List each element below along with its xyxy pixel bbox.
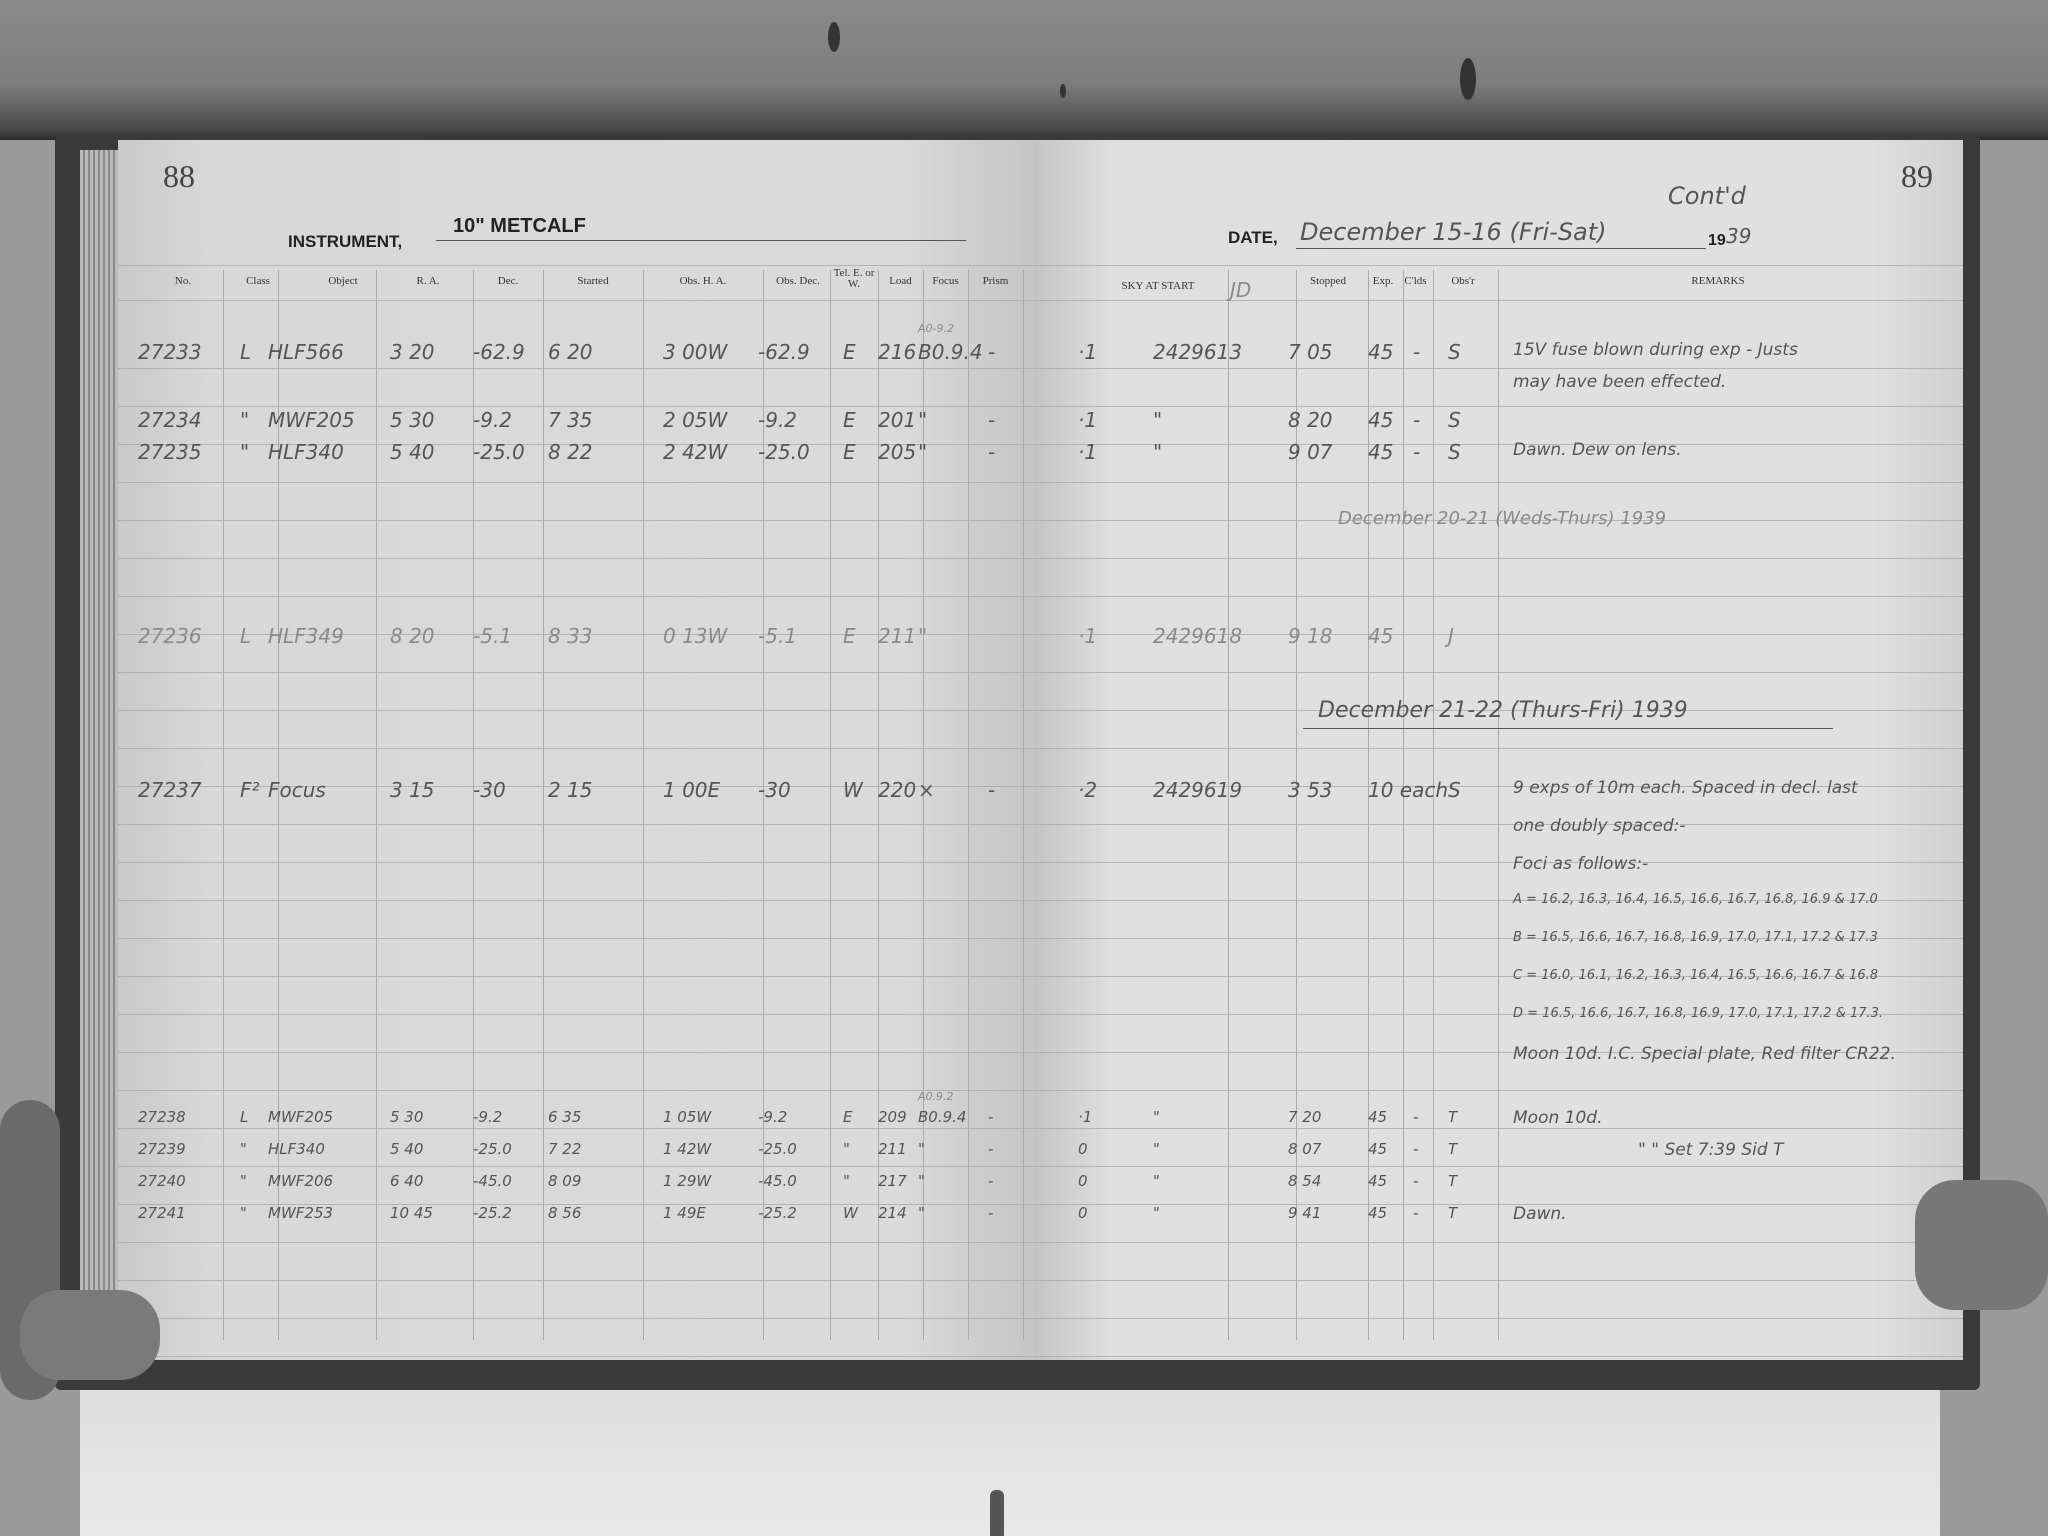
rule: [118, 265, 1038, 266]
entry-prism: -: [988, 778, 995, 802]
rule: [1038, 368, 1963, 369]
entry-remark-line: 9 exps of 10m each. Spaced in decl. last: [1513, 778, 1858, 798]
entry-started: 2 15: [548, 778, 593, 802]
entry-focus: ": [918, 624, 927, 648]
entry-remark-line: Dawn.: [1513, 1204, 1567, 1224]
entry-exp: 45: [1368, 340, 1393, 364]
rule: [1038, 1242, 1963, 1243]
rule: [118, 976, 1038, 977]
rule: [1038, 482, 1963, 483]
entry-exp: 45: [1368, 1140, 1387, 1158]
entry-tel: ": [843, 1172, 850, 1190]
entry-no: 27236: [138, 624, 202, 648]
rule: [118, 368, 1038, 369]
entry-prism: -: [988, 408, 995, 432]
entry-no: 27239: [138, 1140, 186, 1158]
entry-remark-line: Moon 10d. I.C. Special plate, Red filter…: [1513, 1044, 1896, 1064]
entry-object: MWF205: [268, 408, 355, 432]
date-heading-underline: [1303, 728, 1833, 729]
entry-focus: ": [918, 1140, 925, 1158]
entry-no: 27234: [138, 408, 202, 432]
entry-jd: 2429618: [1153, 624, 1242, 648]
entry-jd: ": [1153, 1204, 1160, 1222]
entry-obs-ha: 3 00W: [663, 340, 727, 364]
col-header-dec: Dec.: [473, 275, 543, 287]
entry-load: 217: [878, 1172, 907, 1190]
col-header-jd: JD: [1230, 278, 1251, 302]
entry-load: 211: [878, 624, 916, 648]
rule: [118, 1166, 1038, 1167]
right-page: 89 Cont'd DATE, December 15-16 (Fri-Sat)…: [1038, 140, 1963, 1360]
col-header-no: No.: [143, 275, 223, 287]
entry-object: MWF206: [268, 1172, 333, 1190]
entry-ra: 5 30: [390, 1108, 423, 1126]
entry-focus: ": [918, 1204, 925, 1222]
page-edges: [80, 150, 118, 1380]
thumb-left: [20, 1290, 160, 1380]
entry-tel: W: [843, 778, 863, 802]
entry-class: L: [240, 1108, 248, 1126]
entry-obsr: T: [1448, 1108, 1457, 1126]
entry-obs-dec: -30: [758, 778, 791, 802]
date-heading-dec21: December 21-22 (Thurs-Fri) 1939: [1318, 698, 1688, 723]
rule: [1038, 300, 1963, 301]
entry-no: 27235: [138, 440, 202, 464]
entry-obs-dec: -25.0: [758, 440, 810, 464]
entry-jd: ": [1153, 408, 1162, 432]
entry-tel: E: [843, 340, 856, 364]
entry-clds: -: [1413, 1140, 1418, 1158]
entry-focus: B0.9.4: [918, 1108, 966, 1126]
rule: [1038, 824, 1963, 825]
col-header-tel: Tel. E. or W.: [830, 268, 878, 290]
entry-stopped: 8 20: [1288, 408, 1333, 432]
entry-jd: ": [1153, 440, 1162, 464]
page-number: 89: [1901, 158, 1933, 195]
year-printed: 19: [1708, 232, 1726, 250]
entry-clds: -: [1413, 1172, 1418, 1190]
entry-obs-ha: 2 42W: [663, 440, 727, 464]
column-rule: [1403, 270, 1404, 1340]
rule: [1038, 1166, 1963, 1167]
entry-no: 27233: [138, 340, 202, 364]
entry-load: 205: [878, 440, 916, 464]
col-header-obs-ha: Obs. H. A.: [643, 275, 763, 287]
entry-obsr: J: [1448, 624, 1454, 648]
entry-ra: 5 30: [390, 408, 435, 432]
rule: [118, 558, 1038, 559]
entry-ra: 5 40: [390, 1140, 423, 1158]
clip: [990, 1490, 1004, 1536]
entry-remark-line: Moon 10d.: [1513, 1108, 1602, 1128]
left-page: 88 INSTRUMENT, 10" METCALF 27233LHLF5663…: [118, 140, 1038, 1360]
date-value: December 15-16 (Fri-Sat): [1300, 218, 1607, 246]
continued-note: Cont'd: [1668, 182, 1746, 210]
entry-exp: 45: [1368, 1172, 1387, 1190]
entry-started: 6 35: [548, 1108, 581, 1126]
rule: [118, 1052, 1038, 1053]
entry-started: 6 20: [548, 340, 593, 364]
rule: [118, 672, 1038, 673]
entry-obsr: S: [1448, 340, 1461, 364]
entry-remark-line: " " Set 7:39 Sid T: [1638, 1140, 1783, 1160]
entry-no: 27241: [138, 1204, 186, 1222]
column-rule: [830, 270, 831, 1340]
entry-stopped: 9 07: [1288, 440, 1333, 464]
entry-exp: 45: [1368, 624, 1393, 648]
entry-clds: -: [1413, 440, 1420, 464]
entry-obs-dec: -25.0: [758, 1140, 797, 1158]
entry-focus: ×: [918, 778, 935, 802]
entry-load: 220: [878, 778, 916, 802]
rule: [118, 596, 1038, 597]
entry-sky: 0: [1078, 1172, 1088, 1190]
rule: [1038, 1128, 1963, 1129]
entry-stopped: 9 41: [1288, 1204, 1321, 1222]
entry-tel: E: [843, 1108, 852, 1126]
entry-stopped: 8 07: [1288, 1140, 1321, 1158]
entry-object: HLF349: [268, 624, 344, 648]
entry-no: 27237: [138, 778, 202, 802]
rule: [1038, 1318, 1963, 1319]
rule: [1038, 444, 1963, 445]
entry-class: L: [240, 340, 251, 364]
rule: [118, 1090, 1038, 1091]
column-rule: [223, 270, 224, 1340]
entry-tel: E: [843, 440, 856, 464]
entry-obs-ha: 1 00E: [663, 778, 720, 802]
rule: [118, 1014, 1038, 1015]
entry-started: 7 35: [548, 408, 593, 432]
entry-prism: -: [988, 340, 995, 364]
entry-remark-line: D = 16.5, 16.6, 16.7, 16.8, 16.9, 17.0, …: [1513, 1006, 1883, 1021]
entry-prism: -: [988, 1108, 993, 1126]
rule: [118, 1128, 1038, 1129]
entry-obsr: T: [1448, 1204, 1457, 1222]
wooden-shelf: [0, 0, 2048, 140]
column-rule: [643, 270, 644, 1340]
rule: [118, 862, 1038, 863]
rule: [118, 1242, 1038, 1243]
entry-ra: 8 20: [390, 624, 435, 648]
year-handwritten: 39: [1726, 224, 1751, 248]
rule: [118, 520, 1038, 521]
entry-started: 8 22: [548, 440, 593, 464]
entry-remark-line: C = 16.0, 16.1, 16.2, 16.3, 16.4, 16.5, …: [1513, 968, 1878, 983]
entry-ra: 5 40: [390, 440, 435, 464]
entry-object: MWF253: [268, 1204, 333, 1222]
entry-obs-dec: -62.9: [758, 340, 810, 364]
entry-prism: -: [988, 1172, 993, 1190]
rule: [118, 824, 1038, 825]
col-header-load: Load: [878, 275, 923, 287]
entry-clds: -: [1413, 1204, 1418, 1222]
entry-prism: -: [988, 1140, 993, 1158]
rule: [118, 1356, 1038, 1357]
wood-knot: [1060, 84, 1066, 98]
entry-remark-line: A = 16.2, 16.3, 16.4, 16.5, 16.6, 16.7, …: [1513, 892, 1878, 907]
column-rule: [376, 270, 377, 1340]
entry-load: 201: [878, 408, 916, 432]
entry-jd: 2429619: [1153, 778, 1242, 802]
entry-ra: 6 40: [390, 1172, 423, 1190]
entry-tel: W: [843, 1204, 858, 1222]
entry-class: F²: [240, 778, 260, 802]
wood-knot: [1460, 58, 1476, 100]
entry-ra: 3 20: [390, 340, 435, 364]
rule: [118, 938, 1038, 939]
entry-remark-line: may have been effected.: [1513, 372, 1726, 392]
entry-exp: 45: [1368, 440, 1393, 464]
entry-dec: -25.0: [473, 440, 525, 464]
entry-exp: 45: [1368, 1108, 1387, 1126]
entry-tel: E: [843, 408, 856, 432]
col-header-prism: Prism: [968, 275, 1023, 287]
rule: [1038, 406, 1963, 407]
entry-sky: ·2: [1078, 778, 1097, 802]
column-rule: [1023, 270, 1024, 1340]
entry-clds: -: [1413, 1108, 1418, 1126]
entry-obsr: S: [1448, 778, 1461, 802]
entry-load: 214: [878, 1204, 907, 1222]
entry-remark-line: 15V fuse blown during exp - Justs: [1513, 340, 1798, 360]
entry-tel: ": [843, 1140, 850, 1158]
entry-dec: -45.0: [473, 1172, 512, 1190]
entry-class: ": [240, 1172, 247, 1190]
instrument-value: 10" METCALF: [453, 215, 586, 238]
entry-no: 27238: [138, 1108, 186, 1126]
entry-exp: 45: [1368, 408, 1393, 432]
entry-tel: E: [843, 624, 856, 648]
date-underline: [1296, 248, 1706, 249]
entry-obs-dec: -9.2: [758, 408, 797, 432]
rule: [1038, 672, 1963, 673]
wood-knot: [828, 22, 840, 52]
entry-jd: ": [1153, 1172, 1160, 1190]
col-header-ra: R. A.: [383, 275, 473, 287]
entry-sky: ·1: [1078, 340, 1097, 364]
entry-obs-dec: -9.2: [758, 1108, 787, 1126]
entry-obs-ha: 1 05W: [663, 1108, 711, 1126]
entry-obs-ha: 1 49E: [663, 1204, 706, 1222]
entry-exp: 45: [1368, 1204, 1387, 1222]
col-header-started: Started: [543, 275, 643, 287]
entry-no: 27240: [138, 1172, 186, 1190]
entry-remark-line: Dawn. Dew on lens.: [1513, 440, 1682, 460]
entry-ra: 3 15: [390, 778, 435, 802]
entry-load: 209: [878, 1108, 907, 1126]
entry-class: L: [240, 624, 251, 648]
entry-sky: 0: [1078, 1140, 1088, 1158]
date-label: DATE,: [1228, 228, 1278, 248]
entry-class: ": [240, 1140, 247, 1158]
entry-dec: -25.0: [473, 1140, 512, 1158]
col-header-obs-dec: Obs. Dec.: [763, 275, 833, 287]
entry-exp: 10 each: [1368, 778, 1448, 802]
entry-dec: -62.9: [473, 340, 525, 364]
col-header-exp: Exp.: [1363, 275, 1403, 287]
col-header-clds: C'lds: [1398, 275, 1433, 287]
entry-stopped: 8 54: [1288, 1172, 1321, 1190]
column-rule: [1228, 270, 1229, 1340]
entry-class: ": [240, 1204, 247, 1222]
entry-remark-line: Foci as follows:-: [1513, 854, 1648, 874]
entry-object: MWF205: [268, 1108, 333, 1126]
entry-dec: -30: [473, 778, 506, 802]
rule: [118, 748, 1038, 749]
column-rule: [968, 270, 969, 1340]
entry-remark-line: B = 16.5, 16.6, 16.7, 16.8, 16.9, 17.0, …: [1513, 930, 1878, 945]
entry-load: 211: [878, 1140, 907, 1158]
table-surface: [80, 1380, 1940, 1536]
entry-started: 8 33: [548, 624, 593, 648]
entry-obs-ha: 0 13W: [663, 624, 727, 648]
rule: [118, 482, 1038, 483]
entry-sky: ·1: [1078, 624, 1097, 648]
column-rule: [543, 270, 544, 1340]
date-heading-dec20: December 20-21 (Weds-Thurs) 1939: [1338, 508, 1666, 529]
entry-ra: 10 45: [390, 1204, 433, 1222]
rule: [1038, 748, 1963, 749]
rule: [1038, 1280, 1963, 1281]
rule: [1038, 265, 1963, 266]
instrument-label: INSTRUMENT,: [288, 232, 402, 252]
page-number: 88: [163, 158, 195, 195]
col-header-sky: SKY AT START: [1098, 280, 1218, 292]
rule: [1038, 596, 1963, 597]
entry-focus: B0.9.4: [918, 340, 983, 364]
entry-focus: ": [918, 1172, 925, 1190]
entry-dec: -9.2: [473, 1108, 502, 1126]
entry-obsr: S: [1448, 408, 1461, 432]
entry-prism: -: [988, 1204, 993, 1222]
entry-obsr: S: [1448, 440, 1461, 464]
entry-started: 7 22: [548, 1140, 581, 1158]
entry-stopped: 3 53: [1288, 778, 1333, 802]
entry-obs-dec: -25.2: [758, 1204, 797, 1222]
entry-stopped: 9 18: [1288, 624, 1333, 648]
entry-jd: ": [1153, 1140, 1160, 1158]
entry-sky: ·1: [1078, 408, 1097, 432]
rule: [1038, 1356, 1963, 1357]
entry-clds: -: [1413, 340, 1420, 364]
entry-focus: ": [918, 408, 927, 432]
entry-obs-ha: 1 42W: [663, 1140, 711, 1158]
entry-focus-note: A0.9.2: [918, 1090, 954, 1103]
rule: [1038, 1090, 1963, 1091]
rule: [1038, 1204, 1963, 1205]
entry-stopped: 7 05: [1288, 340, 1333, 364]
col-header-focus: Focus: [923, 275, 968, 287]
thumb-right: [1915, 1180, 2048, 1310]
rule: [118, 406, 1038, 407]
entry-jd: 2429613: [1153, 340, 1242, 364]
entry-obs-dec: -45.0: [758, 1172, 797, 1190]
col-header-obsr: Obs'r: [1433, 275, 1493, 287]
entry-obsr: T: [1448, 1140, 1457, 1158]
column-rule: [1433, 270, 1434, 1340]
column-rule: [1498, 270, 1499, 1340]
entry-class: ": [240, 408, 249, 432]
entry-sky: ·1: [1078, 1108, 1092, 1126]
rule: [118, 1318, 1038, 1319]
entry-jd: ": [1153, 1108, 1160, 1126]
entry-stopped: 7 20: [1288, 1108, 1321, 1126]
col-header-class: Class: [238, 275, 278, 287]
entry-object: Focus: [268, 778, 326, 802]
entry-started: 8 56: [548, 1204, 581, 1222]
entry-sky: 0: [1078, 1204, 1088, 1222]
entry-object: HLF340: [268, 1140, 325, 1158]
entry-object: HLF340: [268, 440, 344, 464]
entry-prism: -: [988, 440, 995, 464]
rule: [118, 1280, 1038, 1281]
instrument-underline: [436, 240, 966, 241]
entry-focus: ": [918, 440, 927, 464]
col-header-stopped: Stopped: [1288, 275, 1368, 287]
rule: [1038, 862, 1963, 863]
rule: [1038, 558, 1963, 559]
entry-remark-line: one doubly spaced:-: [1513, 816, 1686, 836]
rule: [118, 300, 1038, 301]
entry-load: 216: [878, 340, 916, 364]
entry-dec: -9.2: [473, 408, 512, 432]
entry-obs-ha: 1 29W: [663, 1172, 711, 1190]
entry-sky: ·1: [1078, 440, 1097, 464]
entry-dec: -25.2: [473, 1204, 512, 1222]
entry-focus-note: A0-9.2: [918, 322, 954, 335]
entry-obs-ha: 2 05W: [663, 408, 727, 432]
entry-started: 8 09: [548, 1172, 581, 1190]
entry-clds: -: [1413, 408, 1420, 432]
entry-dec: -5.1: [473, 624, 512, 648]
entry-obs-dec: -5.1: [758, 624, 797, 648]
col-header-remarks: REMARKS: [1508, 275, 1928, 287]
rule: [118, 900, 1038, 901]
entry-class: ": [240, 440, 249, 464]
entry-object: HLF566: [268, 340, 344, 364]
entry-obsr: T: [1448, 1172, 1457, 1190]
rule: [118, 710, 1038, 711]
